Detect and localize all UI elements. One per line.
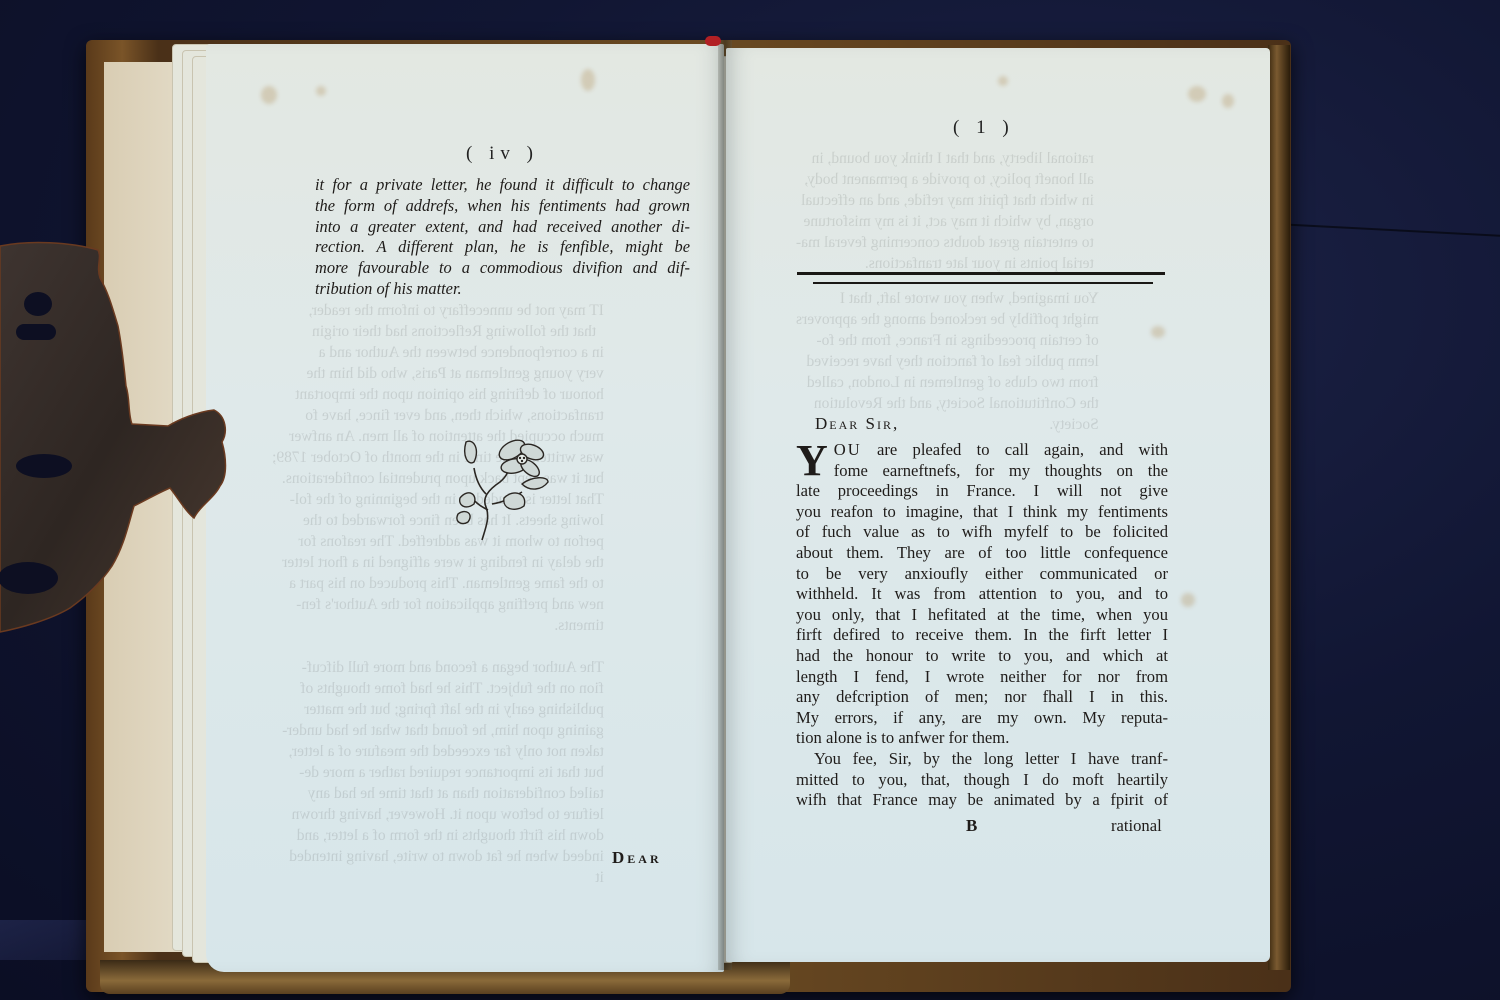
book-cover-right-edge xyxy=(1268,45,1290,970)
text-line: about them. They are of too little confe… xyxy=(796,543,1168,564)
signature-mark: B xyxy=(966,816,977,836)
right-page-text: Y OU are pleafed to call again, and with… xyxy=(796,440,1168,811)
text-line: rection. A different plan, he is fenfibl… xyxy=(315,237,690,258)
foxing-spot xyxy=(261,86,277,104)
text-line: any defcription of men; nor fhall I in t… xyxy=(796,687,1168,708)
text-line: length I fend, I wrote neither for nor f… xyxy=(796,667,1168,688)
text-line: of fuch value as to wifh myfelf to be fo… xyxy=(796,522,1168,543)
ribbon-bookmark xyxy=(705,36,721,46)
catchword-left: Dear xyxy=(612,848,662,868)
text-line: OU are pleafed to call again, and with xyxy=(796,440,1168,461)
text-line: more favourable to a commodious divifion… xyxy=(315,258,690,279)
metal-bookmark-clasp[interactable] xyxy=(0,236,235,636)
text-line: firft defired to receive them. In the fi… xyxy=(796,625,1168,646)
text-line: wifh that France may be animated by a fp… xyxy=(796,790,1168,811)
page-number-right: ( 1 ) xyxy=(953,117,1015,139)
text-line: the form of addrefs, when his fentiments… xyxy=(315,196,690,217)
text-line-content: are pleafed to call again, and with xyxy=(877,440,1168,459)
foxing-spot xyxy=(1181,593,1195,607)
text-line: withheld. It was from attention to you, … xyxy=(796,584,1168,605)
text-line: tribution of his matter. xyxy=(315,279,690,300)
first-word: OU xyxy=(834,440,862,459)
text-line: into a greater extent, and had received … xyxy=(315,217,690,238)
page-number-left: ( iv ) xyxy=(466,143,539,165)
drop-cap: Y xyxy=(796,442,828,480)
text-line: had the honour to write to you, and whic… xyxy=(796,646,1168,667)
text-line: you only, that I hefitated at the time, … xyxy=(796,605,1168,626)
text-line: You fee, Sir, by the long letter I have … xyxy=(796,749,1168,770)
left-page-text: it for a private letter, he found it dif… xyxy=(315,175,690,300)
text-line: fome earneftnefs, for my thoughts on the xyxy=(796,461,1168,482)
catchword-right: rational xyxy=(1111,816,1162,836)
foxing-spot xyxy=(998,76,1008,86)
foxing-spot xyxy=(1151,326,1165,338)
text-line: you reafon to imagine, that I think my f… xyxy=(796,502,1168,523)
double-rule-top xyxy=(797,272,1165,275)
text-line: late proceedings in France. I will not g… xyxy=(796,481,1168,502)
foxing-spot xyxy=(1188,86,1206,102)
salutation: Dear Sir, xyxy=(815,414,899,434)
flower-ornament-icon xyxy=(452,432,557,544)
velvet-fold xyxy=(1280,223,1500,239)
foxing-spot xyxy=(316,86,326,96)
double-rule-bottom xyxy=(813,282,1153,284)
text-line: tion alone is to anfwer for them. xyxy=(796,728,1168,749)
text-line: My errors, if any, are my own. My reputa… xyxy=(796,708,1168,729)
foxing-spot xyxy=(1222,94,1234,108)
text-line: to be very anxioufly either communicated… xyxy=(796,564,1168,585)
text-line: mitted to you, that, though I do moft he… xyxy=(796,770,1168,791)
foxing-spot xyxy=(581,69,595,91)
text-line: it for a private letter, he found it dif… xyxy=(315,175,690,196)
